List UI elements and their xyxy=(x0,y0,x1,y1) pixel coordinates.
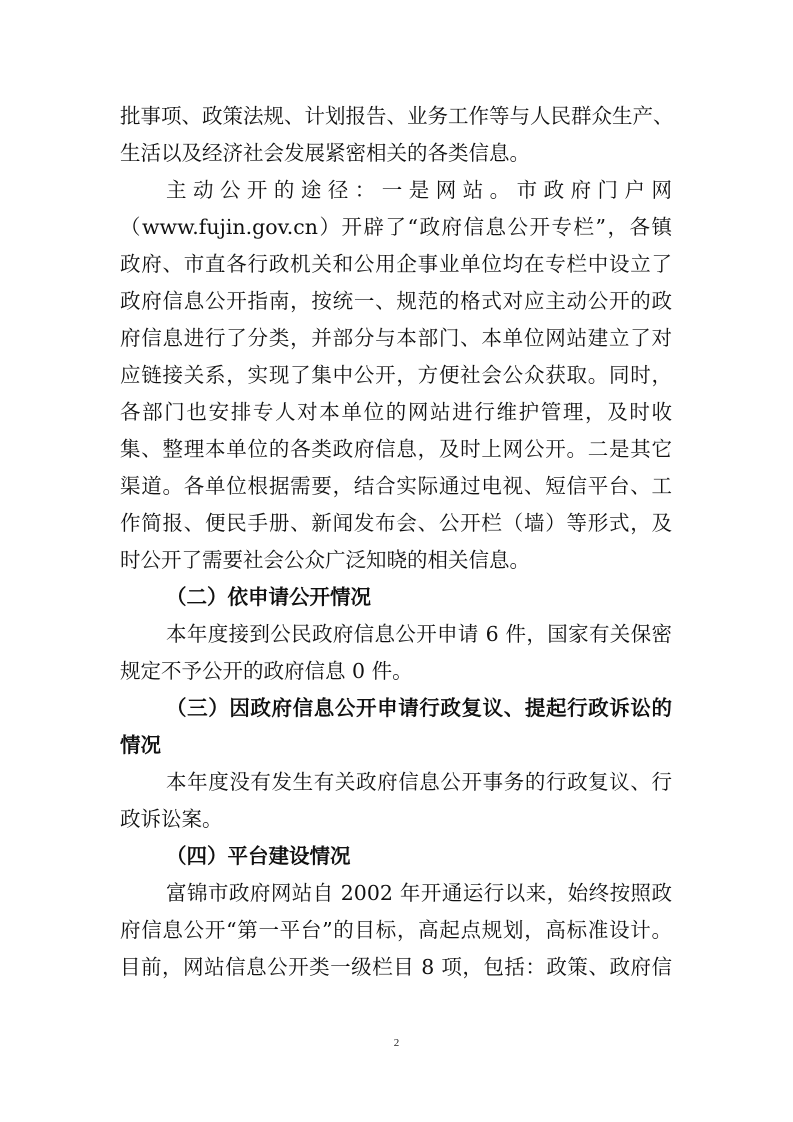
text-line-23: 府信息公开“第一平台”的目标，高起点规划，高标准设计。 xyxy=(120,912,672,949)
text-line-24: 目前，网站信息公开类一级栏目 8 项，包括：政策、政府信 xyxy=(120,949,672,986)
text-line-19: 本年度没有发生有关政府信息公开事务的行政复议、行 xyxy=(120,764,672,801)
text-line-6: 政府信息公开指南，按统一、规范的格式对应主动公开的政 xyxy=(120,283,672,320)
section-heading-2: （二）依申请公开情况 xyxy=(120,579,672,616)
text-line-10: 集、整理本单位的各类政府信息，及时上网公开。二是其它 xyxy=(120,431,672,468)
text-line-2: 生活以及经济社会发展紧密相关的各类信息。 xyxy=(120,135,672,172)
page-number: 2 xyxy=(0,1037,793,1049)
text-line-13: 时公开了需要社会公众广泛知晓的相关信息。 xyxy=(120,542,672,579)
text-line-5: 政府、市直各行政机关和公用企事业单位均在专栏中设立了 xyxy=(120,246,672,283)
text-line-12: 作简报、便民手册、新闻发布会、公开栏（墙）等形式，及 xyxy=(120,505,672,542)
section-heading-4: （四）平台建设情况 xyxy=(120,838,672,875)
text-line-11: 渠道。各单位根据需要，结合实际通过电视、短信平台、工 xyxy=(120,468,672,505)
text-line-7: 府信息进行了分类，并部分与本部门、本单位网站建立了对 xyxy=(120,320,672,357)
text-line-15: 本年度接到公民政府信息公开申请 6 件，国家有关保密 xyxy=(120,616,672,653)
section-heading-3-cont: 情况 xyxy=(120,727,672,764)
text-line-4: （www.fujin.gov.cn）开辟了“政府信息公开专栏”，各镇 xyxy=(120,209,672,246)
text-line-20: 政诉讼案。 xyxy=(120,801,672,838)
text-line-8: 应链接关系，实现了集中公开，方便社会公众获取。同时， xyxy=(120,357,672,394)
text-line-16: 规定不予公开的政府信息 0 件。 xyxy=(120,653,672,690)
text-line-1: 批事项、政策法规、计划报告、业务工作等与人民群众生产、 xyxy=(120,98,672,135)
text-line-22: 富锦市政府网站自 2002 年开通运行以来，始终按照政 xyxy=(120,875,672,912)
document-page: 批事项、政策法规、计划报告、业务工作等与人民群众生产、 生活以及经济社会发展紧密… xyxy=(0,0,793,1122)
document-body: 批事项、政策法规、计划报告、业务工作等与人民群众生产、 生活以及经济社会发展紧密… xyxy=(120,98,672,986)
section-heading-3: （三）因政府信息公开申请行政复议、提起行政诉讼的 xyxy=(120,690,672,727)
text-line-9: 各部门也安排专人对本单位的网站进行维护管理，及时收 xyxy=(120,394,672,431)
text-line-3: 主动公开的途径：一是网站。市政府门户网 xyxy=(120,172,672,209)
